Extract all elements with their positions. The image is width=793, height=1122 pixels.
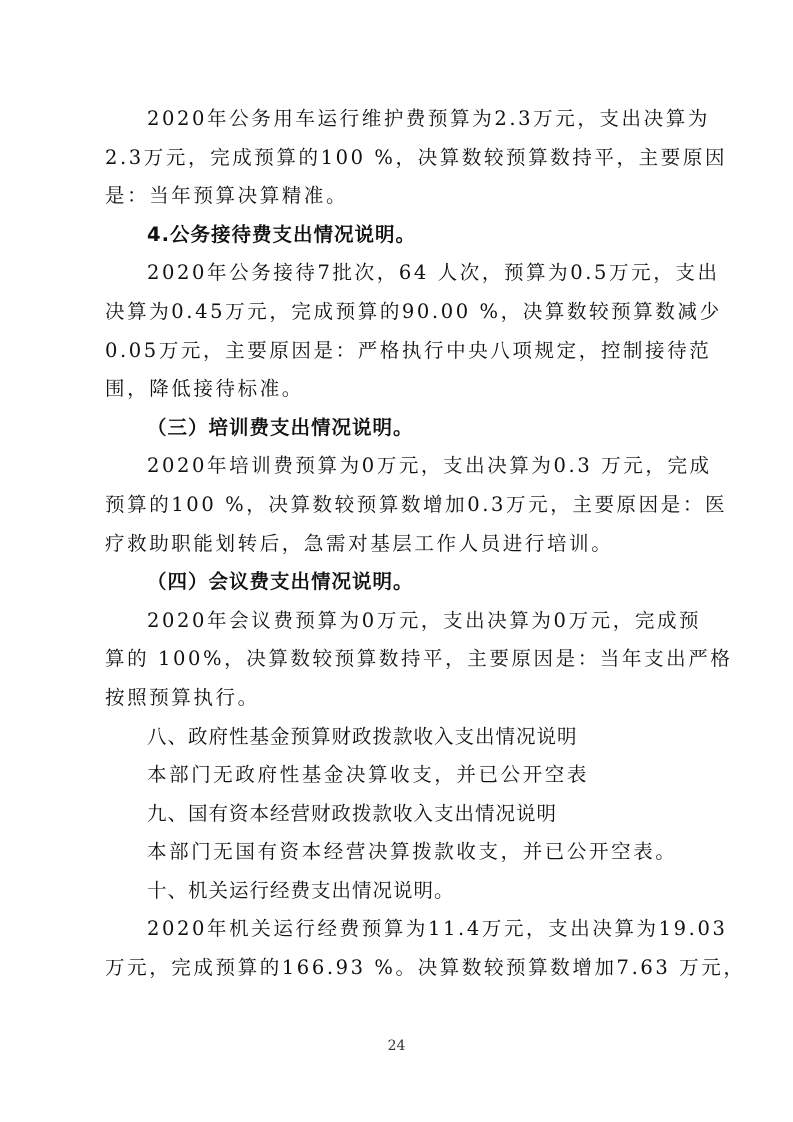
paragraph-line: 2020年公务用车运行维护费预算为2.3万元，支出决算为 [105,100,695,139]
paragraph-line: 2020年机关运行经费预算为11.4万元，支出决算为19.03 [105,910,695,949]
document-page: 2020年公务用车运行维护费预算为2.3万元，支出决算为 2.3万元，完成预算的… [0,0,793,1122]
paragraph-line: 2020年公务接待7批次，64 人次，预算为0.5万元，支出 [105,254,695,293]
section-heading-meeting: （四）会议费支出情况说明。 [105,563,695,602]
paragraph-line: 2.3万元，完成预算的100 %，决算数较预算数持平，主要原因 [105,139,695,178]
section-heading-government-fund: 八、政府性基金预算财政拨款收入支出情况说明 [105,718,695,757]
paragraph-line: 预算的100 %，决算数较预算数增加0.3万元，主要原因是：医 [105,486,695,525]
section-heading-state-capital: 九、国有资本经营财政拨款收入支出情况说明 [105,795,695,834]
paragraph-line: 万元，完成预算的166.93 %。决算数较预算数增加7.63 万元， [105,949,695,988]
paragraph-line: 决算为0.45万元，完成预算的90.00 %，决算数较预算数减少 [105,293,695,332]
paragraph-line: 按照预算执行。 [105,679,695,718]
paragraph-line: 围，降低接待标准。 [105,370,695,409]
paragraph-line: 本部门无国有资本经营决算拨款收支，并已公开空表。 [105,833,695,872]
paragraph-line: 本部门无政府性基金决算收支，并已公开空表 [105,756,695,795]
section-heading-operating-expenses: 十、机关运行经费支出情况说明。 [105,872,695,911]
paragraph-line: 0.05万元，主要原因是：严格执行中央八项规定，控制接待范 [105,332,695,371]
paragraph-line: 2020年会议费预算为0万元，支出决算为0万元，完成预 [105,602,695,641]
document-body: 2020年公务用车运行维护费预算为2.3万元，支出决算为 2.3万元，完成预算的… [105,100,695,988]
paragraph-line: 疗救助职能划转后，急需对基层工作人员进行培训。 [105,525,695,564]
section-heading-training: （三）培训费支出情况说明。 [105,409,695,448]
paragraph-line: 2020年培训费预算为0万元，支出决算为0.3 万元，完成 [105,447,695,486]
paragraph-line: 算的 100%，决算数较预算数持平，主要原因是：当年支出严格 [105,640,695,679]
page-number: 24 [0,1038,793,1054]
paragraph-line: 是：当年预算决算精准。 [105,177,695,216]
section-heading-reception: 4.公务接待费支出情况说明。 [105,216,695,255]
